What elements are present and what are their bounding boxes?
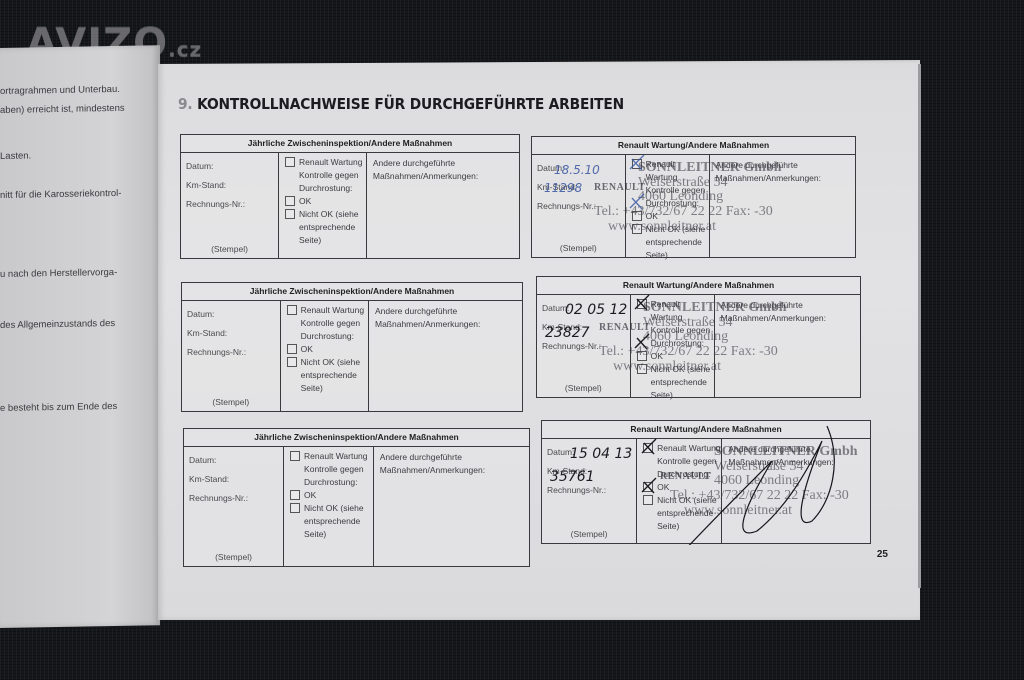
checkbox-label: OK [301, 343, 313, 356]
form-title: Renault Wartung/Andere Maßnahmen [542, 421, 870, 439]
left-page-text: e besteht bis zum Ende des [0, 401, 117, 414]
form-title: Renault Wartung/Andere Maßnahmen [532, 137, 855, 155]
right-page: 9. KONTROLLNACHWEISE FÜR DURCHGEFÜHRTE A… [158, 60, 920, 620]
form-checks-column: Renault Wartung Kontrolle gegen Durchros… [631, 295, 715, 397]
left-page-text: ortragrahmen und Unterbau. [0, 84, 120, 97]
renault-wartung-checkbox[interactable] [643, 443, 653, 453]
datum-field[interactable]: Datum: [189, 453, 283, 472]
checkbox-label: Nicht OK (siehe [299, 208, 359, 221]
checkbox-label: Nicht OK (siehe [651, 363, 711, 376]
ok-checkbox[interactable] [632, 211, 642, 221]
datum-field[interactable]: Datum: [187, 307, 280, 326]
checkbox-label: entsprechende [287, 369, 368, 382]
stempel-label: (Stempel) [542, 529, 636, 539]
nicht-ok-checkbox[interactable] [632, 224, 642, 234]
left-page-text: nitt für die Karosseriekontrol- [0, 188, 121, 201]
rechnungs-nr-field[interactable]: Rechnungs-Nr.: [187, 345, 280, 364]
inspection-form: Jährliche Zwischeninspektion/Andere Maßn… [181, 282, 523, 412]
page-title: 9. KONTROLLNACHWEISE FÜR DURCHGEFÜHRTE A… [178, 95, 624, 113]
ok-checkbox[interactable] [643, 482, 653, 492]
renault-wartung-checkbox[interactable] [290, 451, 300, 461]
datum-field[interactable]: Datum: [537, 161, 625, 180]
rechnungs-nr-field[interactable]: Rechnungs-Nr.: [189, 491, 283, 510]
notes-label: Andere durchgeführte [380, 451, 529, 464]
notes-label: Maßnahmen/Anmerkungen: [721, 312, 860, 325]
nicht-ok-checkbox[interactable] [290, 503, 300, 513]
rechnungs-nr-field[interactable]: Rechnungs-Nr.: [547, 483, 636, 502]
inspection-form: Renault Wartung/Andere Maßnahmen Datum: … [541, 420, 871, 544]
checkbox-label: Nicht OK (siehe [301, 356, 361, 369]
nicht-ok-checkbox[interactable] [637, 364, 647, 374]
checkbox-label: Kontrolle gegen [632, 184, 709, 197]
form-fields-column: Datum: Km-Stand: Rechnungs-Nr.: (Stempel… [182, 301, 281, 411]
renault-wartung-checkbox[interactable] [632, 159, 642, 169]
checkbox-label: OK [299, 195, 311, 208]
form-title: Jährliche Zwischeninspektion/Andere Maßn… [181, 135, 519, 153]
checkbox-label: Kontrolle gegen [637, 324, 714, 337]
ok-checkbox[interactable] [285, 196, 295, 206]
form-fields-column: Datum: Km-Stand: Rechnungs-Nr.: (Stempel… [542, 439, 637, 543]
renault-wartung-checkbox[interactable] [637, 299, 647, 309]
checkbox-label: Seite) [290, 528, 373, 541]
checkbox-label: entsprechende [285, 221, 366, 234]
checkbox-label: Durchrostung: [290, 476, 373, 489]
rechnungs-nr-field[interactable]: Rechnungs-Nr.: [186, 197, 278, 216]
notes-label: Andere durchgeführte [716, 159, 855, 172]
page-number: 25 [877, 549, 888, 560]
checkbox-label: entsprechende [637, 376, 714, 389]
checkbox-label: Renault Wartung [299, 156, 362, 169]
km-stand-field[interactable]: Km-Stand: [187, 326, 280, 345]
checkbox-label: Nicht OK (siehe [304, 502, 364, 515]
form-notes-column[interactable]: Andere durchgeführte Maßnahmen/Anmerkung… [367, 153, 519, 258]
notes-label: Maßnahmen/Anmerkungen: [373, 170, 519, 183]
inspection-form: Renault Wartung/Andere Maßnahmen Datum: … [531, 136, 856, 258]
inspection-form: Renault Wartung/Andere Maßnahmen Datum: … [536, 276, 861, 398]
checkbox-label: Renault Wartung [304, 450, 367, 463]
checkbox-label: Kontrolle gegen [643, 455, 721, 468]
nicht-ok-checkbox[interactable] [287, 357, 297, 367]
notes-label: Andere durchgeführte [721, 299, 860, 312]
ok-checkbox[interactable] [290, 490, 300, 500]
km-stand-field[interactable]: Km-Stand: [547, 464, 636, 483]
left-page-text: des Allgemeinzustands des [0, 318, 115, 331]
checkbox-label: OK [657, 481, 669, 494]
form-title: Renault Wartung/Andere Maßnahmen [537, 277, 860, 295]
checkbox-label: Seite) [637, 389, 714, 402]
ok-checkbox[interactable] [637, 351, 647, 361]
checkbox-label: Seite) [643, 520, 721, 533]
notes-label: Maßnahmen/Anmerkungen: [728, 456, 870, 469]
checkbox-label: Durchrostung: [287, 330, 368, 343]
stempel-label: (Stempel) [181, 244, 278, 254]
ok-checkbox[interactable] [287, 344, 297, 354]
checkbox-label: Durchrostung: [637, 337, 714, 350]
checkbox-label: Renault Wartung [651, 298, 714, 324]
checkbox-label: Kontrolle gegen [285, 169, 366, 182]
form-checks-column: Renault Wartung Kontrolle gegen Durchros… [279, 153, 367, 258]
form-notes-column[interactable]: Andere durchgeführte Maßnahmen/Anmerkung… [374, 447, 529, 566]
renault-wartung-checkbox[interactable] [285, 157, 295, 167]
checkbox-label: entsprechende [643, 507, 721, 520]
rechnungs-nr-field[interactable]: Rechnungs-Nr.: [542, 339, 630, 358]
form-notes-column[interactable]: Andere durchgeführte Maßnahmen/Anmerkung… [715, 295, 860, 397]
checkbox-label: entsprechende [290, 515, 373, 528]
form-title: Jährliche Zwischeninspektion/Andere Maßn… [184, 429, 529, 447]
km-stand-field[interactable]: Km-Stand: [189, 472, 283, 491]
form-checks-column: Renault Wartung Kontrolle gegen Durchros… [626, 155, 710, 257]
form-notes-column[interactable]: Andere durchgeführte Maßnahmen/Anmerkung… [369, 301, 522, 411]
form-notes-column[interactable]: Andere durchgeführte Maßnahmen/Anmerkung… [722, 439, 870, 543]
notes-label: Andere durchgeführte [728, 443, 870, 456]
notes-label: Maßnahmen/Anmerkungen: [716, 172, 855, 185]
checkbox-label: Seite) [285, 234, 366, 247]
checkbox-label: Kontrolle gegen [290, 463, 373, 476]
form-fields-column: Datum: Km-Stand: Rechnungs-Nr.: (Stempel… [537, 295, 631, 397]
checkbox-label: OK [646, 210, 658, 223]
form-notes-column[interactable]: Andere durchgeführte Maßnahmen/Anmerkung… [710, 155, 855, 257]
form-fields-column: Datum: Km-Stand: Rechnungs-Nr.: (Stempel… [532, 155, 626, 257]
checkbox-label: Renault Wartung [646, 158, 709, 184]
stempel-label: (Stempel) [184, 552, 283, 562]
left-page-text: u nach den Herstellervorga- [0, 267, 117, 280]
notes-label: Andere durchgeführte [373, 157, 519, 170]
datum-field[interactable]: Datum: [186, 159, 278, 178]
checkbox-label: Seite) [632, 249, 709, 262]
checkbox-label: Durchrostung: [643, 468, 721, 481]
nicht-ok-checkbox[interactable] [643, 495, 653, 505]
datum-field[interactable]: Datum: [542, 301, 630, 320]
km-stand-field[interactable]: Km-Stand: [186, 178, 278, 197]
checkbox-label: OK [304, 489, 316, 502]
form-checks-column: Renault Wartung Kontrolle gegen Durchros… [284, 447, 374, 566]
stempel-label: (Stempel) [532, 243, 625, 253]
left-page-text: aben) erreicht ist, mindestens [0, 103, 125, 116]
km-stand-field[interactable]: Km-Stand: [542, 320, 630, 339]
checkbox-label: Seite) [287, 382, 368, 395]
stempel-label: (Stempel) [182, 397, 280, 407]
page-edge [918, 64, 921, 588]
checkbox-label: OK [651, 350, 663, 363]
inspection-form: Jährliche Zwischeninspektion/Andere Maßn… [180, 134, 520, 259]
notes-label: Maßnahmen/Anmerkungen: [375, 318, 522, 331]
stempel-label: (Stempel) [537, 383, 630, 393]
notes-label: Maßnahmen/Anmerkungen: [380, 464, 529, 477]
checkbox-label: Nicht OK (siehe [657, 494, 717, 507]
inspection-form: Jährliche Zwischeninspektion/Andere Maßn… [183, 428, 530, 567]
checkbox-label: Nicht OK (siehe [646, 223, 706, 236]
form-fields-column: Datum: Km-Stand: Rechnungs-Nr.: (Stempel… [181, 153, 279, 258]
form-title: Jährliche Zwischeninspektion/Andere Maßn… [182, 283, 522, 301]
nicht-ok-checkbox[interactable] [285, 209, 295, 219]
checkbox-label: Renault Wartung [657, 442, 720, 455]
form-checks-column: Renault Wartung Kontrolle gegen Durchros… [637, 439, 722, 543]
checkbox-label: Renault Wartung [301, 304, 364, 317]
checkbox-label: Kontrolle gegen [287, 317, 368, 330]
left-page-text: Lasten. [0, 150, 31, 162]
rechnungs-nr-field[interactable]: Rechnungs-Nr.: [537, 199, 625, 218]
form-fields-column: Datum: Km-Stand: Rechnungs-Nr.: (Stempel… [184, 447, 284, 566]
notes-label: Andere durchgeführte [375, 305, 522, 318]
checkbox-label: Durchrostung: [285, 182, 366, 195]
checkbox-label: Durchrostung: [632, 197, 709, 210]
renault-wartung-checkbox[interactable] [287, 305, 297, 315]
checkbox-label: entsprechende [632, 236, 709, 249]
km-stand-field[interactable]: Km-Stand: [537, 180, 625, 199]
form-checks-column: Renault Wartung Kontrolle gegen Durchros… [281, 301, 369, 411]
datum-field[interactable]: Datum: [547, 445, 636, 464]
left-page: ortragrahmen und Unterbau. aben) erreich… [0, 45, 160, 628]
